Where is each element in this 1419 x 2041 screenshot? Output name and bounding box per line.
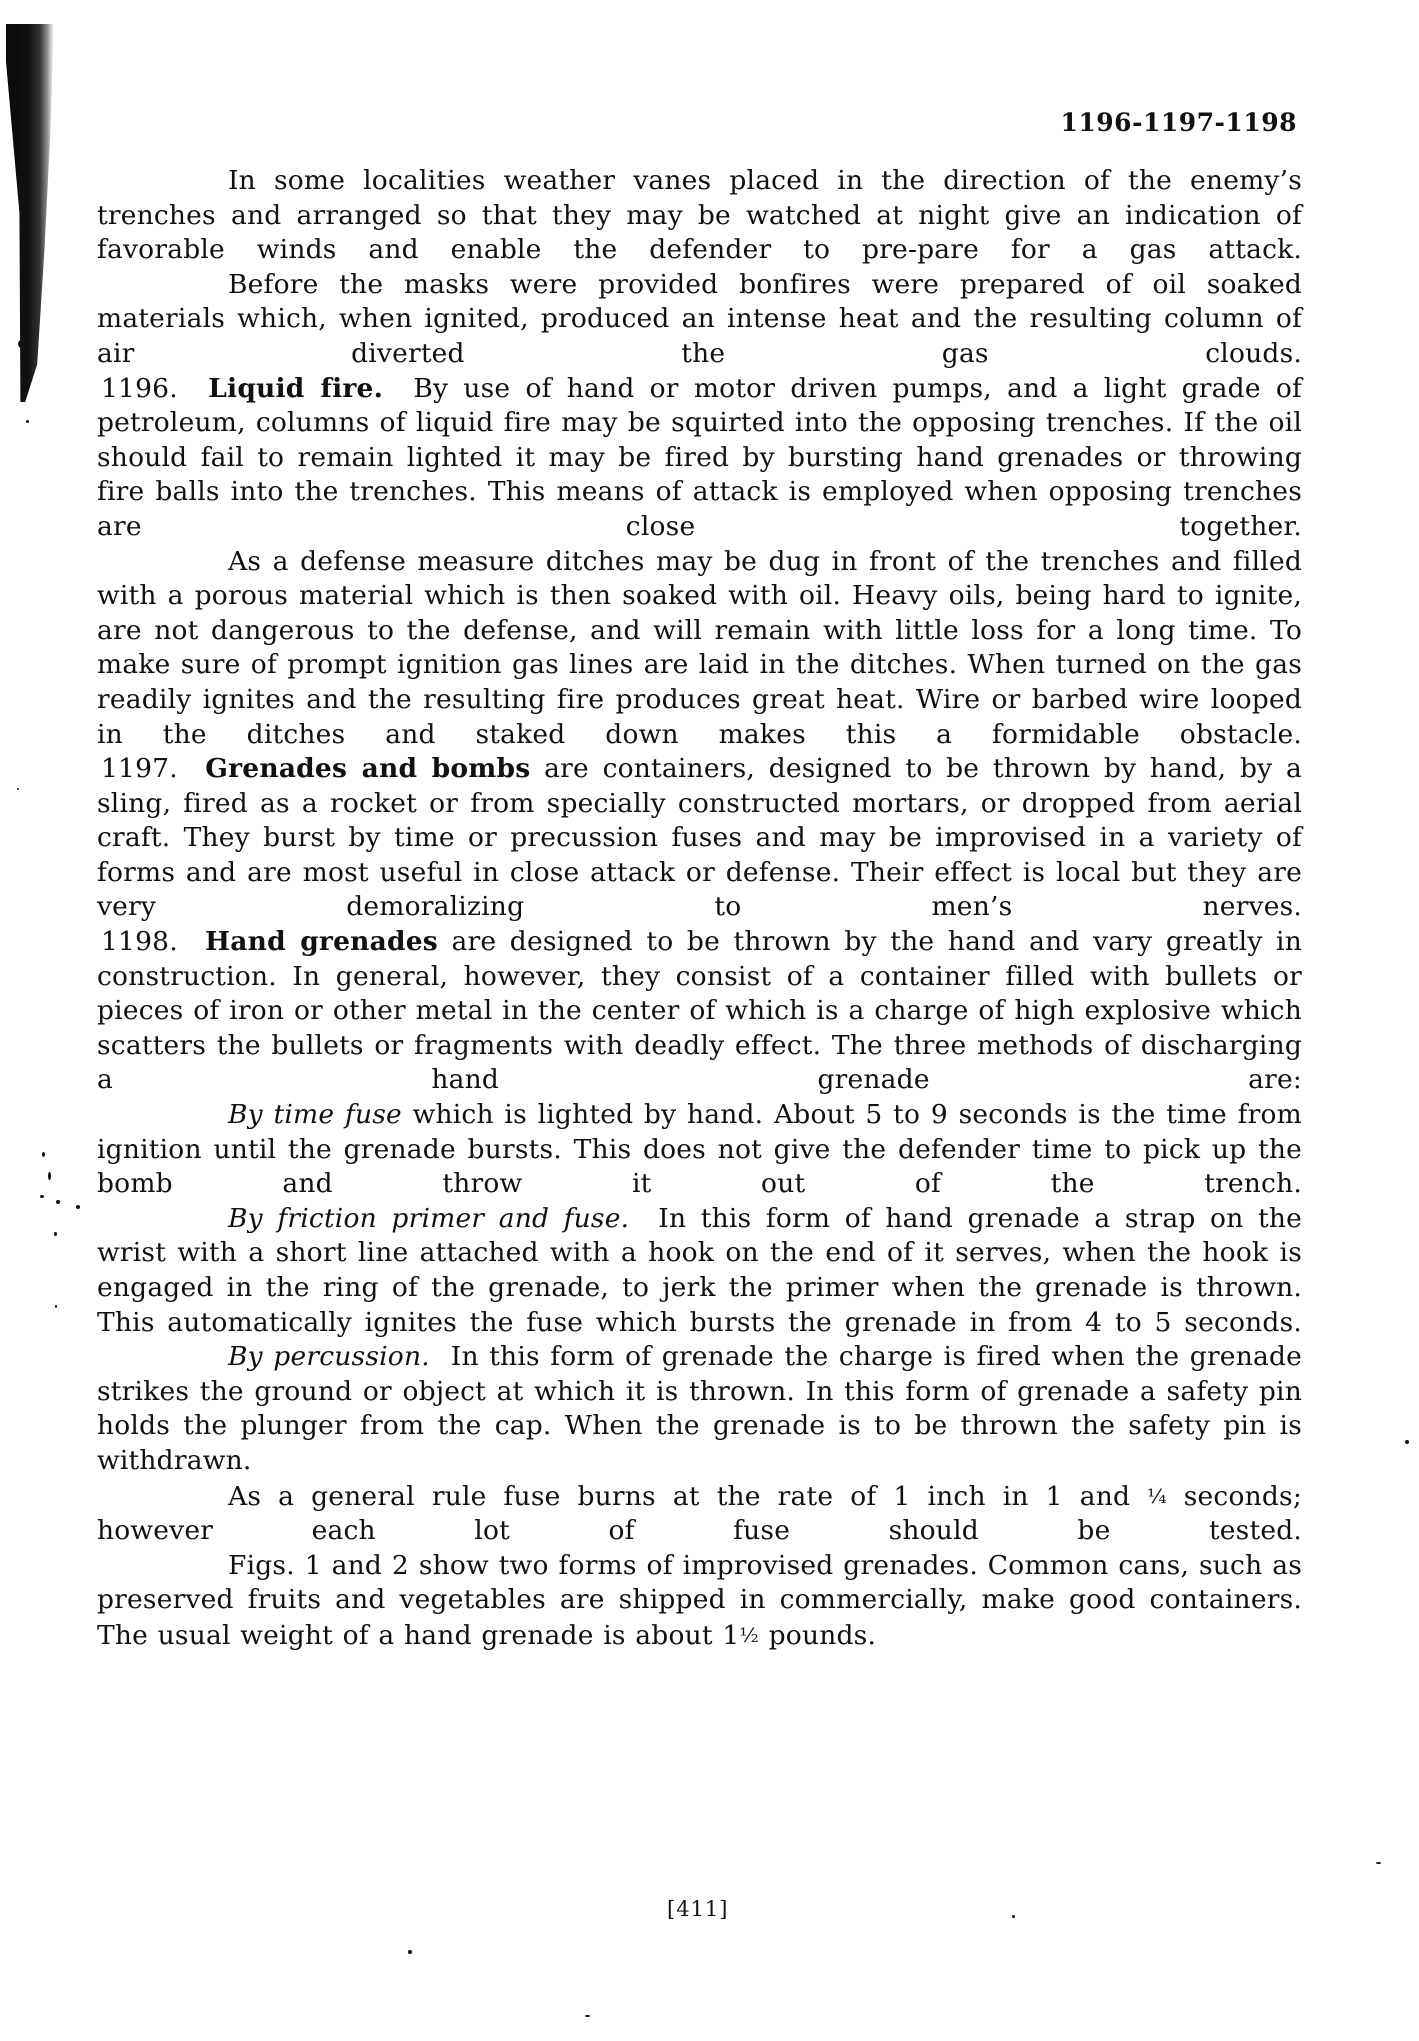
section-title: Grenades and bombs [205, 753, 530, 784]
margin-speck [26, 420, 29, 423]
margin-speck [18, 340, 25, 348]
fraction: ¼ [1147, 1484, 1167, 1508]
method-lead: By time fuse [228, 1099, 402, 1130]
paragraph-weather-vanes: In some localities weather vanes placed … [97, 164, 1302, 268]
margin-speck [55, 1305, 57, 1308]
figs-text: Figs. 1 and 2 show two forms of improvis… [97, 1550, 1302, 1651]
paragraph-bonfires: Before the masks were provided bonfires … [97, 268, 1302, 372]
margin-speck [76, 1205, 80, 1209]
method-lead: By friction primer and fuse. [228, 1203, 629, 1234]
section-number: 1196. [101, 373, 178, 404]
method-percussion: By percussion. In this form of grenade t… [97, 1340, 1302, 1478]
method-friction-primer: By friction primer and fuse. In this for… [97, 1202, 1302, 1340]
section-1197: 1197. Grenades and bombs are containers,… [97, 752, 1302, 925]
paragraph-defense-ditches: As a defense measure ditches may be dug … [97, 545, 1302, 753]
section-1198: 1198. Hand grenades are designed to be t… [97, 925, 1302, 1098]
margin-speck [40, 1195, 44, 1198]
margin-speck [1012, 1915, 1015, 1918]
body-text: In some localities weather vanes placed … [97, 164, 1302, 1654]
margin-speck [408, 1950, 412, 1954]
page-number: [411] [667, 1897, 728, 1921]
binding-shadow [6, 24, 54, 402]
section-range-header: 1196-1197-1198 [1061, 108, 1298, 137]
margin-speck [54, 1232, 57, 1236]
section-title: Hand grenades [205, 926, 438, 957]
figs-tail: pounds. [769, 1620, 876, 1651]
section-title: Liquid fire. [208, 373, 383, 404]
section-number: 1198. [101, 926, 178, 957]
fraction: ½ [739, 1623, 759, 1647]
method-lead: By percussion. [228, 1341, 430, 1372]
paragraph-fuse-rate: As a general rule fuse burns at the rate… [97, 1479, 1302, 1549]
margin-speck [17, 788, 19, 790]
margin-speck [1405, 1440, 1409, 1444]
margin-speck [48, 1172, 51, 1180]
paragraph-figures: Figs. 1 and 2 show two forms of improvis… [97, 1549, 1302, 1654]
margin-speck [56, 1200, 60, 1204]
scanned-page: 1196-1197-1198 In some localities weathe… [0, 0, 1419, 2041]
margin-speck [42, 1152, 45, 1157]
method-time-fuse: By time fuse which is lighted by hand. A… [97, 1098, 1302, 1202]
section-number: 1197. [101, 753, 178, 784]
margin-speck [1376, 1862, 1381, 1864]
margin-speck [585, 2015, 590, 2017]
rule-text: As a general rule fuse burns at the rate… [228, 1481, 1130, 1512]
section-1196: 1196. Liquid fire. By use of hand or mot… [97, 372, 1302, 545]
